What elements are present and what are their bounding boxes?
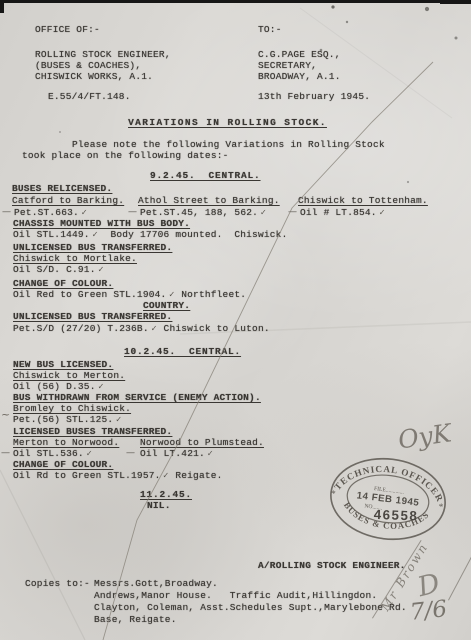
stock-value: Oil STL.536.: [13, 448, 84, 459]
recipient-line: SECRETARY,: [258, 60, 317, 71]
office-of-label: OFFICE OF:-: [35, 24, 100, 35]
copies-line: Clayton, Coleman, Asst.Schedules Supt.,M…: [94, 602, 407, 613]
stock-entry: Oil (56) D.35.✓: [13, 381, 105, 392]
section-heading-9-2-45: 9.2.45. CENTRAL.: [150, 170, 261, 181]
check-mark: ✓: [92, 230, 99, 239]
stock-entry: Oil Red to Green STL.1904.✓ Northfleet.: [13, 289, 246, 300]
scan-speck: [346, 21, 348, 23]
pencil-squiggle: ~: [1, 408, 10, 421]
check-mark: ✓: [260, 208, 267, 217]
subheading-bus-withdrawn: BUS WITHDRAWN FROM SERVICE (ENEMY ACTION…: [13, 392, 261, 403]
stock-value: Pet.(56) STL.125.: [13, 414, 113, 425]
subheading-unlicensed-transfer: UNLICENSED BUS TRANSFERRED.: [13, 242, 172, 253]
check-mark: ✓: [115, 415, 122, 424]
pencil-dash: —: [288, 207, 297, 217]
route-label: Athol Street to Barking.: [138, 195, 280, 206]
subheading-change-of-colour: CHANGE OF COLOUR.: [13, 278, 113, 289]
check-mark: ✓: [81, 208, 88, 217]
check-mark: ✓: [207, 449, 214, 458]
stock-value: Oil STL.1449.: [13, 229, 90, 240]
section-heading-11-2-45: 11.2.45.: [140, 489, 192, 500]
handwritten-fraction: 7/6: [409, 596, 449, 626]
pencil-dash: —: [128, 207, 137, 217]
document-title: VARIATIONS IN ROLLING STOCK.: [0, 117, 463, 128]
route-label: Catford to Barking.: [12, 195, 124, 206]
stock-entry: Pet.(56) STL.125.✓: [13, 414, 122, 425]
recipient-line: C.G.PAGE ESQ.,: [258, 49, 341, 60]
scan-speck: [59, 131, 61, 133]
stock-entry: Oil STL.1449.✓ Body 17706 mounted. Chisw…: [13, 229, 287, 240]
copies-line: Base, Reigate.: [94, 614, 177, 625]
route-label: Chiswick to Tottenham.: [298, 195, 428, 206]
stamp-number: 46558: [373, 507, 418, 524]
check-mark: ✓: [151, 324, 158, 333]
stock-value: Pet.ST.45, 188, 562.: [140, 207, 258, 218]
stock-value: Oil # LT.854.: [300, 207, 377, 218]
intro-line: took place on the following dates:-: [22, 150, 229, 161]
entry-note: Body 17706 mounted. Chiswick.: [110, 229, 287, 240]
nil-value: NIL.: [147, 500, 171, 511]
stamp-star-left: *: [330, 488, 336, 499]
handwritten-initials: OyK: [396, 418, 453, 454]
office-address-line: (BUSES & COACHES),: [35, 60, 141, 71]
stock-entry: Oil STL.536.✓: [13, 448, 93, 459]
pencil-dash: —: [2, 207, 11, 217]
recipient-line: BROADWAY, A.1.: [258, 71, 341, 82]
check-mark: ✓: [379, 208, 386, 217]
office-date-stamp: TECHNICAL OFFICER BUSES & COACHES * * FI…: [321, 449, 455, 549]
entry-note: Reigate.: [175, 470, 222, 481]
check-mark: ✓: [86, 449, 93, 458]
stock-entry: Pet.ST.45, 188, 562.✓: [140, 207, 267, 218]
stock-entry: Oil LT.421.✓: [140, 448, 214, 459]
scan-edge-top: [0, 0, 471, 3]
stock-value: Oil (56) D.35.: [13, 381, 96, 392]
signature-line: A/ROLLING STOCK ENGINEER.: [258, 560, 406, 571]
route-label: Bromley to Chiswick.: [13, 403, 131, 414]
stock-value: Pet.ST.663.: [14, 207, 79, 218]
scan-speck: [455, 37, 458, 40]
check-mark: ✓: [98, 265, 105, 274]
scanned-memo-document: OFFICE OF:- TO:- ROLLING STOCK ENGINEER,…: [0, 0, 471, 640]
stock-value: Oil S/D. C.91.: [13, 264, 96, 275]
document-date: 13th February 1945.: [258, 91, 370, 102]
intro-line: Please note the following Variations in …: [72, 139, 385, 150]
copies-line: Messrs.Gott,Broadway.: [94, 578, 218, 589]
stock-entry: Pet.ST.663.✓: [14, 207, 88, 218]
copies-line: Andrews,Manor House. Traffic Audit,Hilli…: [94, 590, 377, 601]
stock-value: Pet.S/D (27/20) T.236B.: [13, 323, 149, 334]
scan-speck: [331, 5, 334, 8]
subheading-licensed-transfer: LICENSED BUSES TRANSFERRED.: [13, 426, 172, 437]
stock-entry: Oil # LT.854.✓: [300, 207, 386, 218]
subheading-new-bus-licensed: NEW BUS LICENSED.: [13, 359, 113, 370]
stock-entry: Oil Rd to Green STL.1957.✓ Reigate.: [13, 470, 223, 481]
scan-edge-corner: [440, 0, 471, 4]
route-label: Norwood to Plumstead.: [140, 437, 264, 448]
stock-value: Oil LT.421.: [140, 448, 205, 459]
subheading-change-of-colour: CHANGE OF COLOUR.: [13, 459, 113, 470]
stock-value: Oil Rd to Green STL.1957.: [13, 470, 161, 481]
scan-speck: [407, 181, 409, 183]
scan-edge-corner: [0, 0, 4, 13]
to-label: TO:-: [258, 24, 282, 35]
scan-speck: [425, 7, 429, 11]
route-label: Merton to Norwood.: [13, 437, 119, 448]
stock-value: Oil Red to Green STL.1904.: [13, 289, 166, 300]
pencil-dash: —: [126, 448, 135, 458]
route-label: Chiswick to Mortlake.: [13, 253, 137, 264]
entry-note: Chiswick to Luton.: [164, 323, 270, 334]
reference-number: E.55/4/FT.148.: [48, 91, 131, 102]
subheading-unlicensed-transfer: UNLICENSED BUS TRANSFERRED.: [13, 311, 172, 322]
stock-entry: Pet.S/D (27/20) T.236B.✓ Chiswick to Lut…: [13, 323, 270, 334]
check-mark: ✓: [98, 382, 105, 391]
subheading-buses-relicensed: BUSES RELICENSED.: [12, 183, 112, 194]
subheading-chassis-mounted: CHASSIS MOUNTED WITH BUS BODY.: [13, 218, 190, 229]
pencil-stroke: [448, 549, 471, 601]
pencil-dash: —: [1, 448, 10, 458]
fold-line: [0, 470, 85, 640]
route-label: Chiswick to Merton.: [13, 370, 125, 381]
stock-entry: Oil S/D. C.91.✓: [13, 264, 105, 275]
copies-label: Copies to:-: [25, 578, 90, 589]
entry-note: Northfleet.: [181, 289, 246, 300]
office-address-line: ROLLING STOCK ENGINEER,: [35, 49, 171, 60]
subheading-country: COUNTRY.: [143, 300, 190, 311]
office-address-line: CHISWICK WORKS, A.1.: [35, 71, 153, 82]
section-heading-10-2-45: 10.2.45. CENTRAL.: [124, 346, 241, 357]
